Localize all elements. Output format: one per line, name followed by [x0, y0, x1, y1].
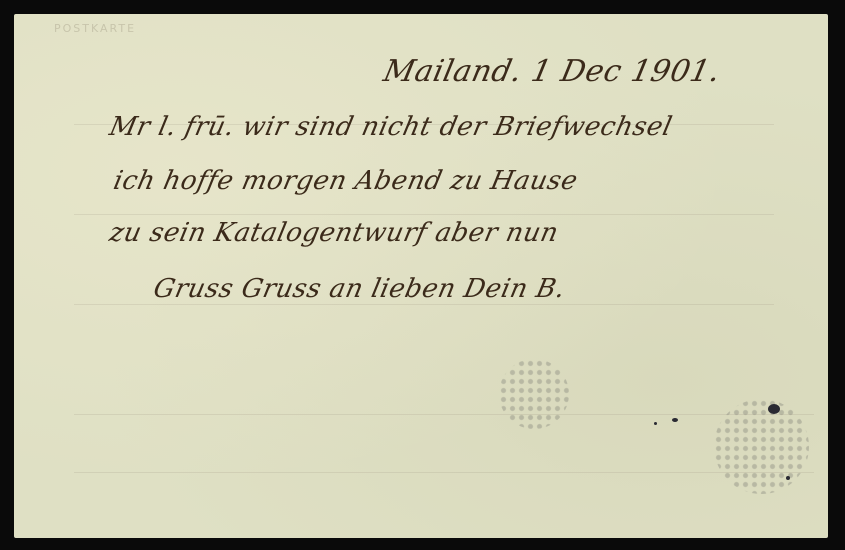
postcard: POSTKARTE Mailand. 1 Dec 1901. Mr l. fru…	[14, 14, 828, 538]
ink-blot	[768, 404, 780, 414]
ruled-line	[74, 214, 774, 215]
handwritten-line-4: Gruss Gruss an lieben Dein B.	[151, 274, 568, 304]
handwritten-line-1: Mr l. frū. wir sind nicht der Briefwech…	[107, 112, 675, 142]
ruled-line	[74, 304, 774, 305]
handwritten-line-2: ich hoffe morgen Abend zu Hause	[111, 166, 581, 196]
ruled-line	[74, 472, 814, 473]
place-date: Mailand. 1 Dec 1901.	[380, 54, 723, 89]
postmark-stamp	[499, 359, 569, 429]
handwritten-line-3: zu sein Katalogentwurf aber nun	[107, 218, 561, 248]
faint-imprint: POSTKARTE	[54, 22, 136, 35]
ink-blot	[654, 422, 657, 425]
ink-blot	[786, 476, 790, 480]
ink-blot	[672, 418, 678, 422]
ruled-line	[74, 414, 814, 415]
postmark-stamp	[714, 399, 809, 494]
